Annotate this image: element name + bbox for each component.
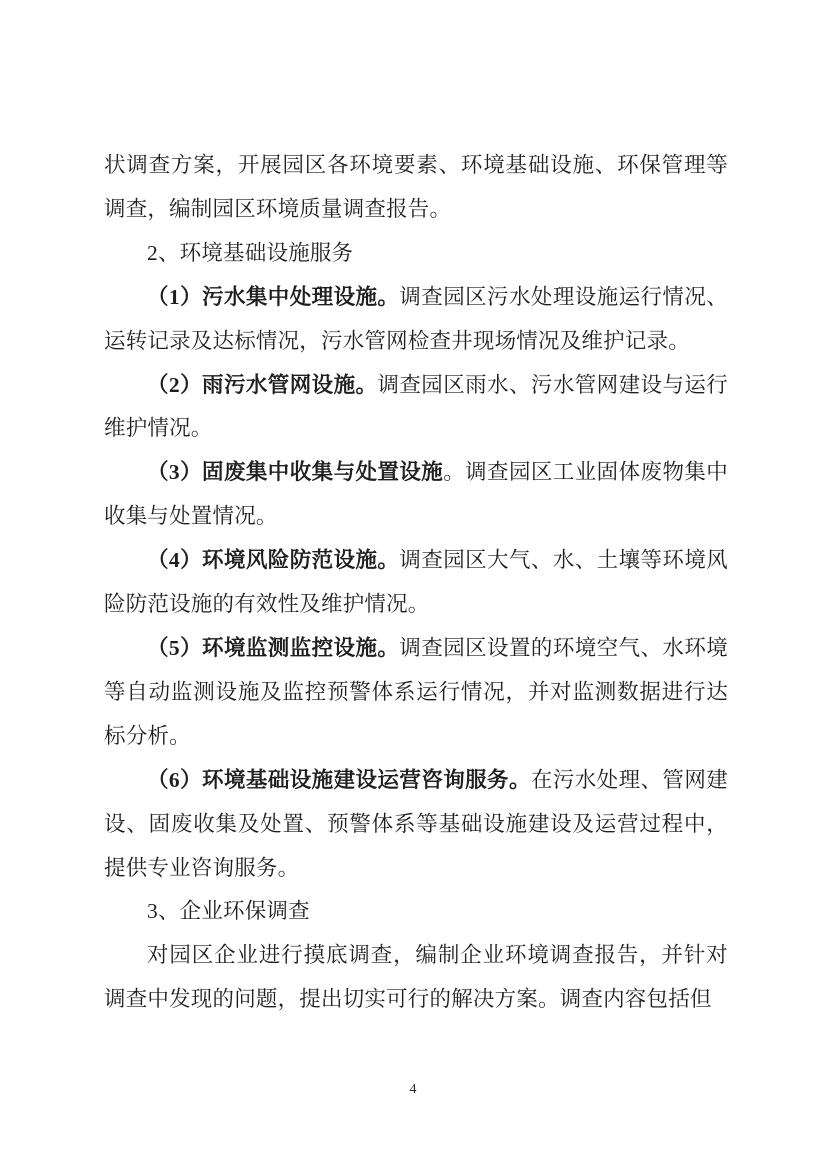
text-run: 2、环境基础设施服务 xyxy=(147,241,353,265)
bold-text-run: （2）雨污水管网设施。 xyxy=(147,373,377,397)
bold-text-run: （3）固废集中收集与处置设施 xyxy=(147,460,443,484)
paragraph: （4）环境风险防范设施。调查园区大气、水、土壤等环境风险防范设施的有效性及维护情… xyxy=(104,539,728,627)
paragraph: 状调查方案，开展园区各环境要素、环境基础设施、环保管理等调查，编制园区环境质量调… xyxy=(104,144,728,232)
bold-text-run: （1）污水集中处理设施。 xyxy=(147,285,399,309)
page-number: 4 xyxy=(410,1082,417,1097)
text-run: 对园区企业进行摸底调查，编制企业环境调查报告，并针对调查中发现的问题，提出切实可… xyxy=(104,943,728,1011)
paragraph: （6）环境基础设施建设运营咨询服务。在污水处理、管网建设、固废收集及处置、预警体… xyxy=(104,759,728,891)
paragraph: （3）固废集中收集与处置设施。调查园区工业固体废物集中收集与处置情况。 xyxy=(104,451,728,539)
paragraph: 对园区企业进行摸底调查，编制企业环境调查报告，并针对调查中发现的问题，提出切实可… xyxy=(104,934,728,1022)
paragraph: （1）污水集中处理设施。调查园区污水处理设施运行情况、运转记录及达标情况，污水管… xyxy=(104,276,728,364)
page-footer: 4 xyxy=(0,1080,826,1098)
document-body: 状调查方案，开展园区各环境要素、环境基础设施、环保管理等调查，编制园区环境质量调… xyxy=(104,144,728,1022)
text-run: 3、企业环保调查 xyxy=(147,899,310,923)
text-run: 状调查方案，开展园区各环境要素、环境基础设施、环保管理等调查，编制园区环境质量调… xyxy=(104,153,728,221)
bold-text-run: （6）环境基础设施建设运营咨询服务。 xyxy=(147,768,531,792)
bold-text-run: （4）环境风险防范设施。 xyxy=(147,548,399,572)
paragraph: （2）雨污水管网设施。调查园区雨水、污水管网建设与运行维护情况。 xyxy=(104,364,728,452)
document-page: 状调查方案，开展园区各环境要素、环境基础设施、环保管理等调查，编制园区环境质量调… xyxy=(0,0,826,1169)
section-heading: 2、环境基础设施服务 xyxy=(104,232,728,276)
section-heading: 3、企业环保调查 xyxy=(104,890,728,934)
paragraph: （5）环境监测监控设施。调查园区设置的环境空气、水环境等自动监测设施及监控预警体… xyxy=(104,627,728,759)
bold-text-run: （5）环境监测监控设施。 xyxy=(147,636,399,660)
